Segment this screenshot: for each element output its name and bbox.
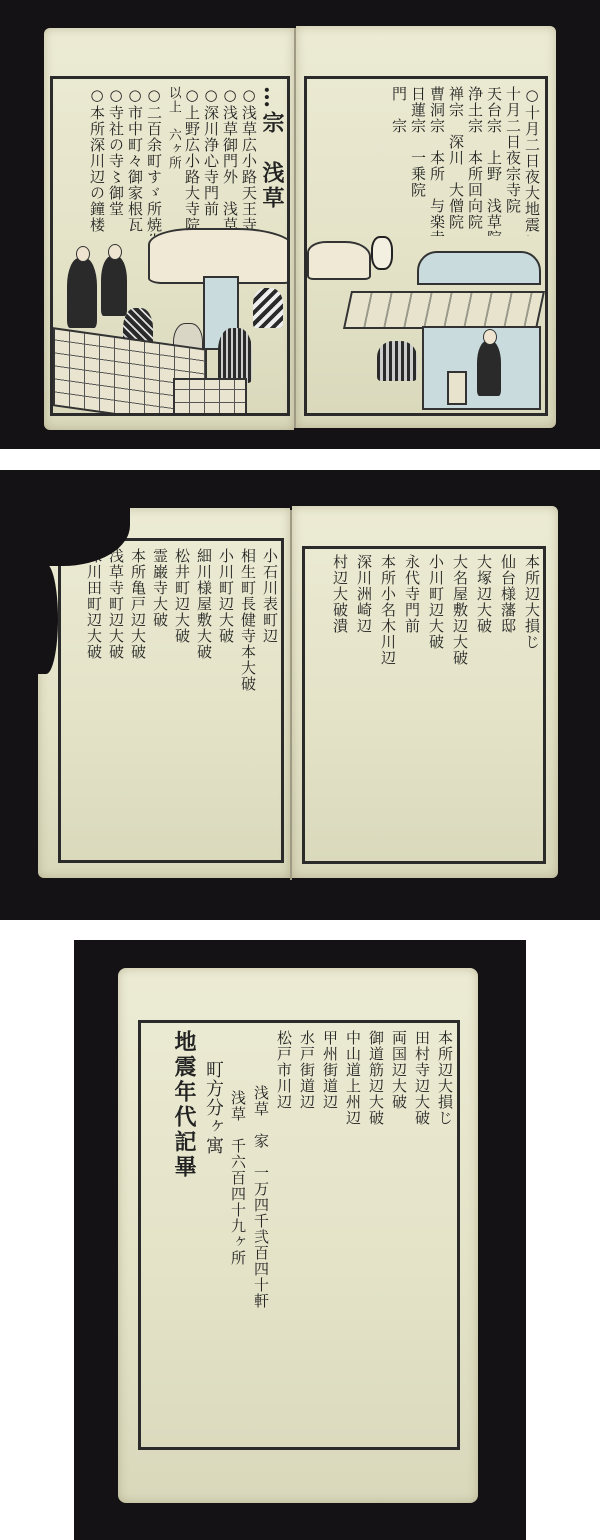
text-column: 村辺大破潰 bbox=[332, 554, 348, 854]
text-column: 本所辺大損じ bbox=[437, 1030, 453, 1440]
text-column: ○浅草広小路天王寺小路辺 bbox=[241, 86, 257, 236]
left-page: …宗 浅草 日輪寺 ○浅草広小路天王寺小路辺 ○浅草御門外 浅草広小路 ○深川浄… bbox=[44, 28, 294, 430]
text-column: 十月二日夜宗寺院 bbox=[505, 86, 521, 236]
photo-open-spread-text: 小石川表町辺 相生町長健寺本大破 小川町辺大破 細川様屋敷大破 松井町辺大破 霊… bbox=[0, 470, 600, 920]
text-column: 本所小名木川辺 bbox=[380, 554, 396, 854]
wooden-shed-roof bbox=[343, 291, 545, 329]
person-figure bbox=[477, 341, 501, 396]
text-columns: ○十月二日夜大地震にて 十月二日夜宗寺院 天台宗 上野 浅草院 浄土宗 本所回向… bbox=[312, 86, 540, 236]
text-column: 大塚辺大破 bbox=[476, 554, 492, 854]
text-column: ○上野広小路大寺院 bbox=[184, 86, 200, 236]
left-page: 小石川表町辺 相生町長健寺本大破 小川町辺大破 細川様屋敷大破 松井町辺大破 霊… bbox=[38, 508, 290, 878]
text-column: ○本所深川辺の鐘楼 bbox=[89, 86, 105, 236]
text-column: ○十月二日夜大地震にて bbox=[524, 86, 540, 236]
right-page: 本所辺大損じ 仙台様藩邸 大塚辺大破 大名屋敷辺大破 小川町辺大破 永代寺門前 … bbox=[292, 506, 558, 878]
person-head bbox=[108, 244, 122, 260]
text-column: 小石川表町辺 bbox=[262, 548, 278, 853]
text-column: 水戸街道辺 bbox=[299, 1030, 315, 1440]
text-column: 甲州街道辺 bbox=[322, 1030, 338, 1440]
right-page: ○十月二日夜大地震にて 十月二日夜宗寺院 天台宗 上野 浅草院 浄土宗 本所回向… bbox=[296, 26, 556, 428]
person-figure bbox=[218, 328, 252, 383]
cloth-canopy bbox=[307, 241, 371, 280]
photo-closing-page: 本所辺大損じ 田村寺辺大破 両国辺大破 御道筋辺大破 中山道上州辺 甲州街道辺 … bbox=[74, 940, 526, 1540]
text-column: 浄土宗 本所回向院 bbox=[467, 86, 483, 236]
paper-lantern bbox=[371, 236, 393, 270]
text-column: 曹洞宗 本所 与楽寺 bbox=[429, 86, 445, 236]
text-column: 御道筋辺大破 bbox=[368, 1030, 384, 1440]
text-columns: 本所辺大損じ 仙台様藩邸 大塚辺大破 大名屋敷辺大破 小川町辺大破 永代寺門前 … bbox=[310, 554, 540, 854]
text-column: 以上 六ヶ所 bbox=[165, 86, 181, 236]
text-column: 相生町長健寺本大破 bbox=[240, 548, 256, 853]
water-bucket bbox=[447, 371, 467, 405]
summary-line: 浅草 千六百四十九ヶ所 bbox=[230, 1030, 246, 1440]
text-column: 小川町辺大破 bbox=[428, 554, 444, 854]
person-figure bbox=[377, 341, 417, 381]
text-column: 禅宗 深川 大僧院 bbox=[448, 86, 464, 236]
illustration-market-crowd bbox=[53, 228, 287, 413]
roof-panel bbox=[417, 251, 541, 285]
text-column: 本所辺大損じ bbox=[524, 554, 540, 854]
text-column: 田村寺辺大破 bbox=[414, 1030, 430, 1440]
page-title: 地震年代記畢 bbox=[172, 1030, 196, 1440]
text-column: 深川田町辺大破 bbox=[86, 548, 102, 853]
text-column: 深川洲崎辺 bbox=[356, 554, 372, 854]
text-column: 天台宗 上野 浅草院 bbox=[486, 86, 502, 236]
text-column: ○深川浄心寺門前 八幡 bbox=[203, 86, 219, 236]
person-head bbox=[76, 246, 90, 262]
text-column: 仙台様藩邸 bbox=[500, 554, 516, 854]
text-column: ○寺社の寺〻御堂 bbox=[108, 86, 124, 236]
text-column: 松井町辺大破 bbox=[174, 548, 190, 853]
text-column: 日蓮宗 一乗院 bbox=[410, 86, 426, 236]
lattice-door bbox=[173, 378, 247, 413]
closing-page: 本所辺大損じ 田村寺辺大破 両国辺大破 御道筋辺大破 中山道上州辺 甲州街道辺 … bbox=[118, 968, 478, 1503]
person-figure bbox=[67, 258, 97, 328]
text-column: 両国辺大破 bbox=[391, 1030, 407, 1440]
illustration-temple-shed bbox=[307, 231, 545, 413]
text-column: 浅草寺町辺大破 bbox=[108, 548, 124, 853]
person-figure bbox=[253, 288, 283, 328]
page-heading: …宗 浅草 日輪寺 bbox=[260, 86, 284, 236]
text-column: 永代寺門前 bbox=[404, 554, 420, 854]
summary-line: 浅草 家 一万四千弐百四十軒 bbox=[253, 1030, 269, 1440]
text-column: ○二百余町すゞ所焼失 bbox=[146, 86, 162, 236]
text-column: 小川町辺大破 bbox=[218, 548, 234, 853]
text-column: 霊巌寺大破 bbox=[152, 548, 168, 853]
text-column: 本所亀戸辺大破 bbox=[130, 548, 146, 853]
text-column: ○市中町々御家根瓦 bbox=[127, 86, 143, 236]
torn-edge bbox=[34, 564, 58, 674]
text-column: 門 宗 bbox=[391, 86, 407, 236]
text-columns: …宗 浅草 日輪寺 ○浅草広小路天王寺小路辺 ○浅草御門外 浅草広小路 ○深川浄… bbox=[58, 86, 284, 236]
text-column: 中山道上州辺 bbox=[345, 1030, 361, 1440]
photo-open-spread-illustrated: …宗 浅草 日輪寺 ○浅草広小路天王寺小路辺 ○浅草御門外 浅草広小路 ○深川浄… bbox=[0, 0, 600, 449]
text-column: 細川様屋敷大破 bbox=[196, 548, 212, 853]
person-head bbox=[483, 329, 497, 345]
page-subtitle: 町方分ヶ寓 bbox=[203, 1030, 223, 1440]
text-columns: 本所辺大損じ 田村寺辺大破 両国辺大破 御道筋辺大破 中山道上州辺 甲州街道辺 … bbox=[148, 1030, 453, 1440]
text-column: ○浅草御門外 浅草広小路 bbox=[222, 86, 238, 236]
person-figure bbox=[101, 256, 127, 316]
text-columns: 小石川表町辺 相生町長健寺本大破 小川町辺大破 細川様屋敷大破 松井町辺大破 霊… bbox=[66, 548, 278, 853]
text-column: 松戸市川辺 bbox=[276, 1030, 292, 1440]
text-column: 大名屋敷辺大破 bbox=[452, 554, 468, 854]
